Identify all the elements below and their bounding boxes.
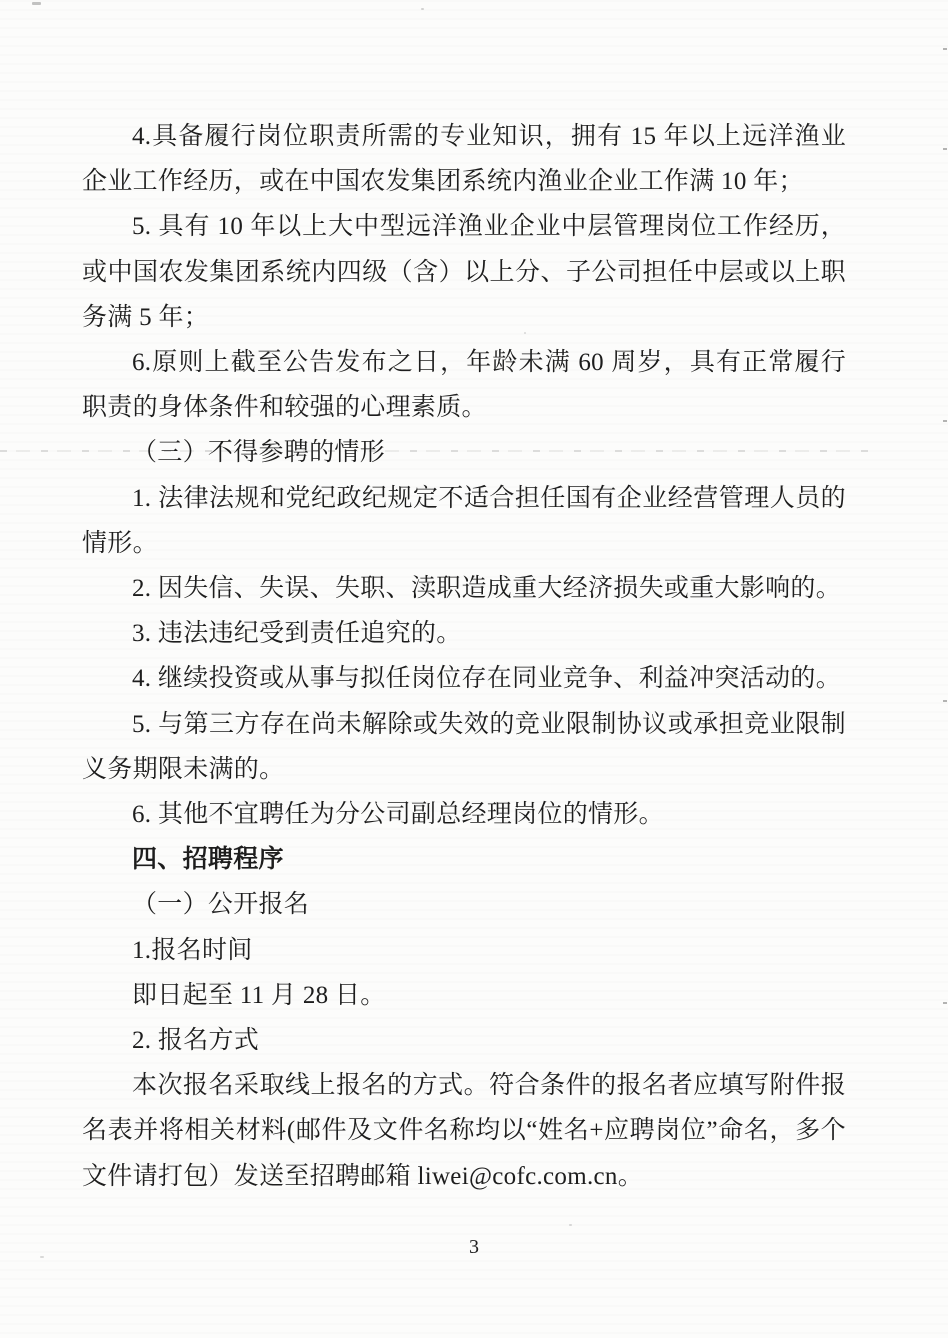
- scan-speck: [569, 1224, 572, 1226]
- scan-speck: [421, 8, 424, 10]
- scan-edge-mark: [943, 420, 947, 422]
- paragraph-12: （一）公开报名: [82, 882, 846, 927]
- paragraph-16: 本次报名采取线上报名的方式。符合条件的报名者应填写附件报名表并将相关材料(邮件及…: [82, 1063, 846, 1199]
- scan-edge-mark: [943, 148, 947, 150]
- paragraph-13: 1.报名时间: [82, 928, 846, 973]
- document-page: 4.具备履行岗位职责所需的专业知识，拥有 15 年以上远洋渔业企业工作经历，或在…: [0, 0, 948, 1338]
- scan-edge-mark: [943, 48, 947, 50]
- paragraph-1: 4.具备履行岗位职责所需的专业知识，拥有 15 年以上远洋渔业企业工作经历，或在…: [82, 114, 846, 204]
- scan-edge-mark: [943, 700, 947, 702]
- paragraph-9: 5. 与第三方存在尚未解除或失效的竞业限制协议或承担竞业限制义务期限未满的。: [82, 702, 846, 792]
- paragraph-2: 5. 具有 10 年以上大中型远洋渔业企业中层管理岗位工作经历，或中国农发集团系…: [82, 204, 846, 340]
- paragraph-3: 6.原则上截至公告发布之日，年龄未满 60 周岁，具有正常履行职责的身体条件和较…: [82, 340, 846, 430]
- paragraph-15: 2. 报名方式: [82, 1018, 846, 1063]
- paragraph-8: 4. 继续投资或从事与拟任岗位存在同业竞争、利益冲突活动的。: [82, 656, 846, 701]
- paragraph-6: 2. 因失信、失误、失职、渎职造成重大经济损失或重大影响的。: [82, 566, 846, 611]
- page-number: 3: [0, 1236, 948, 1259]
- paragraph-11: 四、招聘程序: [82, 837, 846, 882]
- paragraph-7: 3. 违法违纪受到责任追究的。: [82, 611, 846, 656]
- scan-edge-mark: [943, 1002, 947, 1004]
- scan-speck: [32, 2, 41, 5]
- paragraph-4: （三）不得参聘的情形: [82, 430, 846, 475]
- paragraph-14: 即日起至 11 月 28 日。: [82, 973, 846, 1018]
- paragraph-10: 6. 其他不宜聘任为分公司副总经理岗位的情形。: [82, 792, 846, 837]
- paragraph-5: 1. 法律法规和党纪政纪规定不适合担任国有企业经营管理人员的情形。: [82, 476, 846, 566]
- document-body: 4.具备履行岗位职责所需的专业知识，拥有 15 年以上远洋渔业企业工作经历，或在…: [82, 114, 846, 1199]
